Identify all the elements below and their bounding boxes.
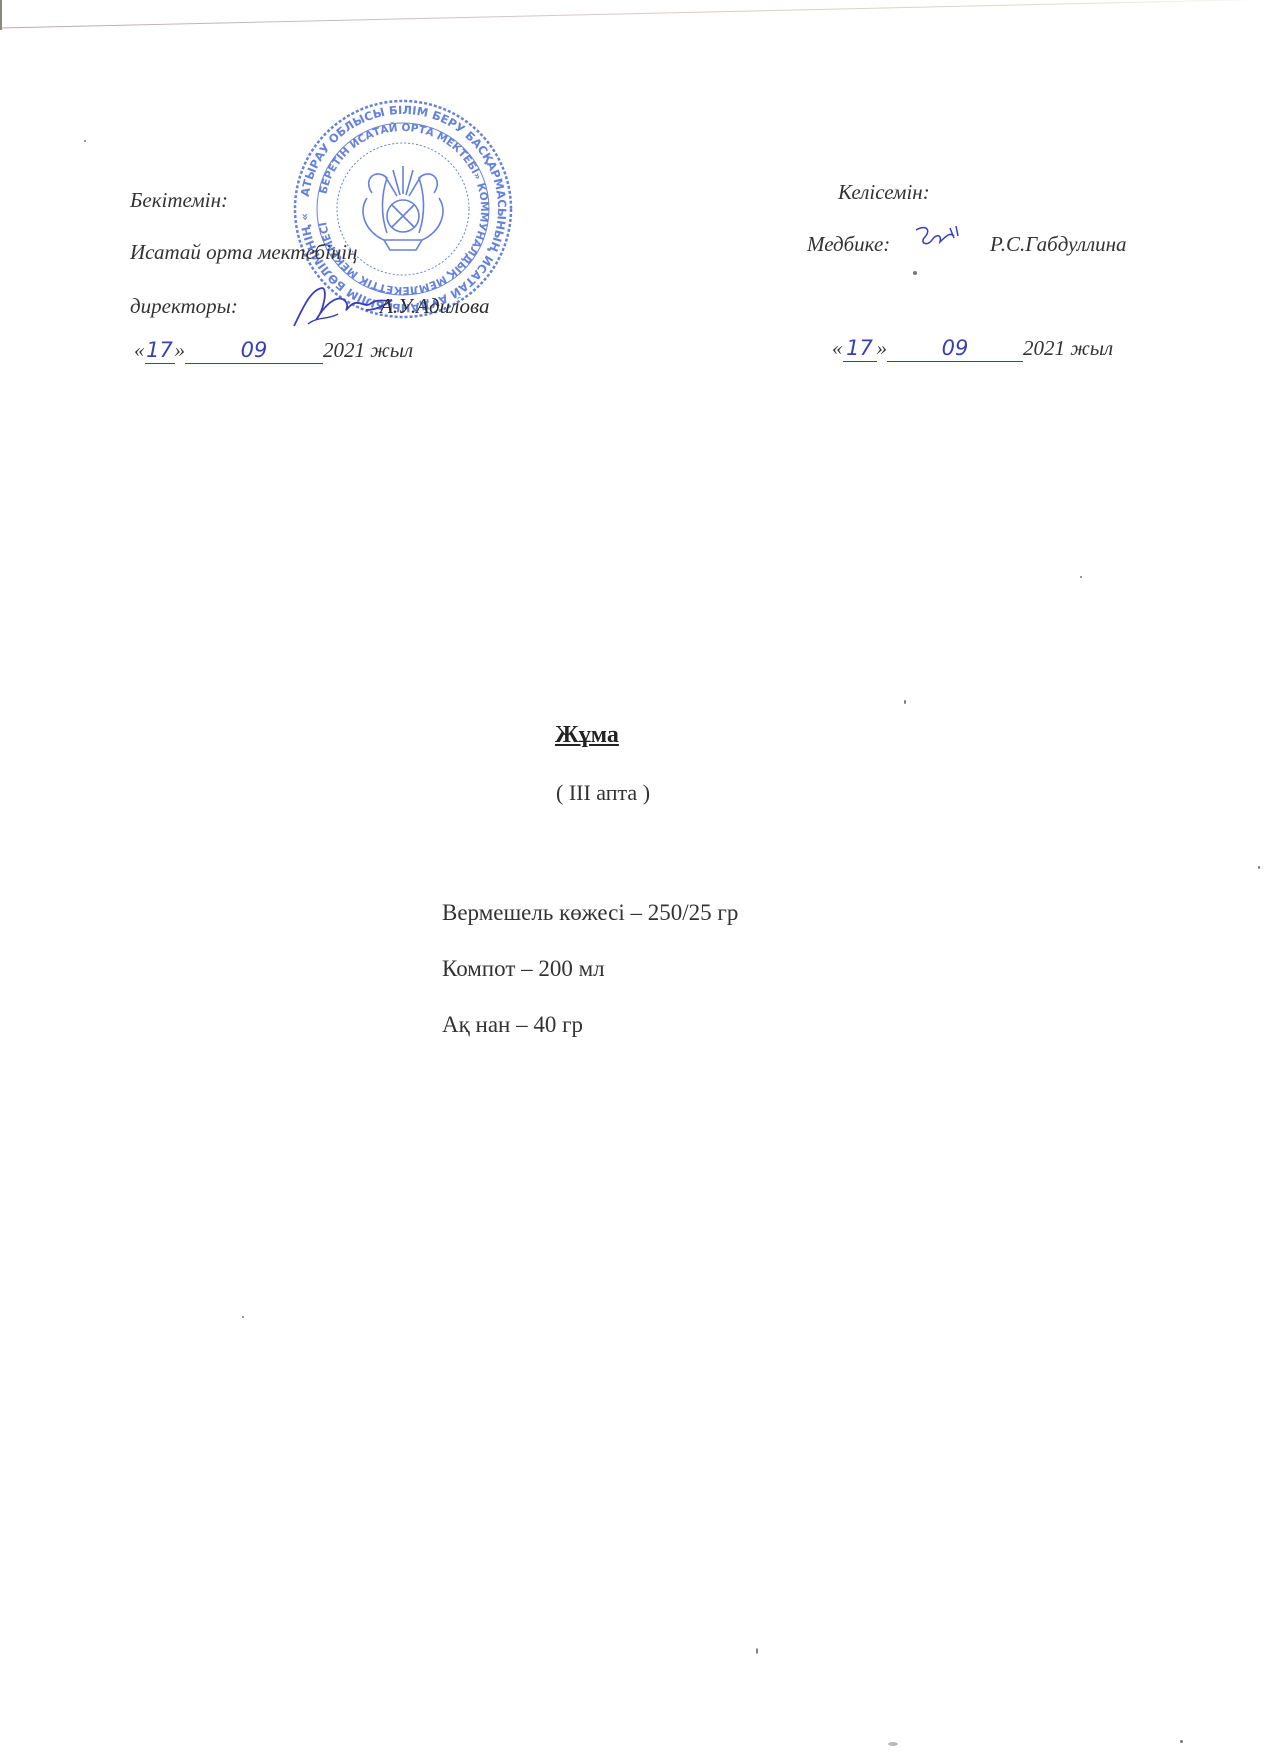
menu-item: Вермешель көжесі – 250/25 гр xyxy=(442,900,738,956)
scan-speck xyxy=(1180,1740,1183,1743)
scan-speck xyxy=(913,271,917,275)
nurse-name: Р.С.Габдуллина xyxy=(990,232,1127,257)
approval-date-open-quote: « xyxy=(134,338,145,362)
scan-speck xyxy=(1080,576,1082,578)
scan-speck xyxy=(1258,866,1260,869)
approval-school-line: Исатай орта мектебінің xyxy=(130,240,358,265)
scan-speck xyxy=(888,1742,898,1746)
scan-edge-line xyxy=(0,0,1264,29)
agreement-date-open-quote: « xyxy=(832,336,843,360)
scan-speck xyxy=(756,1648,758,1654)
approval-heading: Бекітемін: xyxy=(130,188,228,213)
agreement-nurse-label: Медбике: xyxy=(807,232,890,257)
director-name: А.У.Адилова xyxy=(380,294,489,319)
approval-date: «17»092021 жыл xyxy=(134,338,413,364)
approval-date-day: 17 xyxy=(145,340,175,364)
week-title: ( ІІІ апта ) xyxy=(556,780,650,806)
menu-item: Компот – 200 мл xyxy=(442,956,738,1012)
approval-date-close-quote: » xyxy=(175,338,186,362)
approval-date-year: 2021 жыл xyxy=(323,338,413,362)
day-title: Жұма xyxy=(555,722,619,749)
agreement-date-year: 2021 жыл xyxy=(1023,336,1113,360)
agreement-date-month: 09 xyxy=(887,338,1023,362)
approval-director-label: директоры: xyxy=(130,294,238,319)
scan-speck xyxy=(242,1316,244,1318)
approval-date-month: 09 xyxy=(185,340,323,364)
scan-speck xyxy=(904,700,906,704)
menu-item: Ақ нан – 40 гр xyxy=(442,1012,738,1068)
agreement-heading: Келісемін: xyxy=(838,180,930,205)
nurse-signature-icon xyxy=(912,222,964,254)
scan-left-edge xyxy=(0,0,2,30)
agreement-date-day: 17 xyxy=(843,338,877,362)
menu-list: Вермешель көжесі – 250/25 гр Компот – 20… xyxy=(442,900,738,1068)
scan-speck xyxy=(84,140,86,142)
agreement-date: «17»092021 жыл xyxy=(832,336,1113,362)
svg-text:БЕРЕТІН ИСАТАЙ ОРТА МЕКТЕБІ» К: БЕРЕТІН ИСАТАЙ ОРТА МЕКТЕБІ» КОММУНАЛДЫҚ… xyxy=(317,121,490,296)
agreement-date-close-quote: » xyxy=(877,336,888,360)
